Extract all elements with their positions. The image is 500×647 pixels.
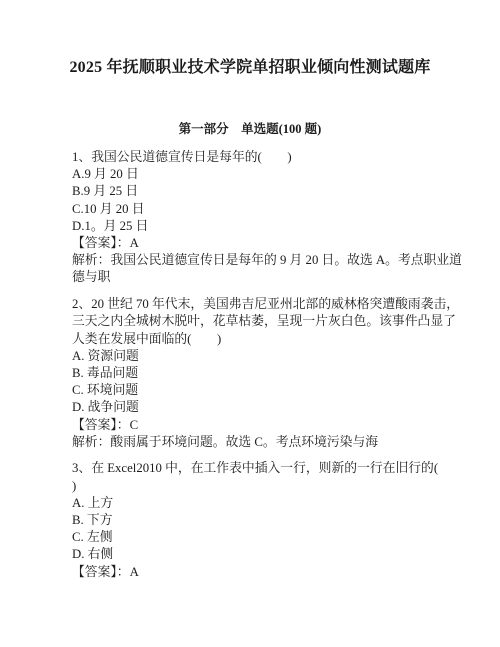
question-1-answer: 【答案】：A	[72, 235, 438, 252]
question-1-stem: 1、我国公民道德宣传日是每年的( )	[72, 149, 438, 166]
question-3-option-b: B. 下方	[72, 512, 438, 529]
question-2-option-d: D. 战争问题	[72, 399, 438, 416]
question-1-analysis-line-1: 解析：我国公民道德宣传日是每年的 9 月 20 日。故选 A。考点职业道	[72, 252, 438, 269]
section-heading: 第一部分 单选题(100 题)	[0, 119, 500, 137]
document-title: 2025 年抚顺职业技术学院单招职业倾向性测试题库	[0, 0, 500, 77]
question-2-option-a: A. 资源问题	[72, 348, 438, 365]
question-2-stem-line-1: 2、20 世纪 70 年代末，美国弗吉尼亚州北部的威林格突遭酸雨袭击，	[72, 296, 438, 313]
question-3-answer: 【答案】：A	[72, 564, 438, 581]
question-3-option-d: D. 右侧	[72, 546, 438, 563]
question-3-option-c: C. 左侧	[72, 529, 438, 546]
question-1-analysis-line-2: 德与职	[72, 269, 438, 286]
question-1-option-c: C.10 月 20 日	[72, 201, 438, 218]
question-1-option-d: D.1。月 25 日	[72, 218, 438, 235]
question-3-stem-line-2: )	[72, 478, 438, 495]
question-2-option-b: B. 毒品问题	[72, 365, 438, 382]
document-body: 1、我国公民道德宣传日是每年的( ) A.9 月 20 日 B.9 月 25 日…	[0, 149, 500, 581]
question-2-stem-line-3: 人类在发展中面临的( )	[72, 331, 438, 348]
question-3: 3、在 Excel2010 中，在工作表中插入一行，则新的一行在旧行的( ) A…	[72, 460, 438, 580]
question-2-answer: 【答案】：C	[72, 417, 438, 434]
question-2-analysis-line-1: 解析：酸雨属于环境问题。故选 C。考点环境污染与海	[72, 434, 438, 451]
question-2-stem-line-2: 三天之内全城树木脱叶，花草枯萎，呈现一片灰白色。该事件凸显了	[72, 313, 438, 330]
question-3-option-a: A. 上方	[72, 495, 438, 512]
document-page: 2025 年抚顺职业技术学院单招职业倾向性测试题库 第一部分 单选题(100 题…	[0, 0, 500, 647]
question-1: 1、我国公民道德宣传日是每年的( ) A.9 月 20 日 B.9 月 25 日…	[72, 149, 438, 287]
question-3-stem-line-1: 3、在 Excel2010 中，在工作表中插入一行，则新的一行在旧行的(	[72, 460, 438, 477]
question-2: 2、20 世纪 70 年代末，美国弗吉尼亚州北部的威林格突遭酸雨袭击， 三天之内…	[72, 296, 438, 451]
question-1-option-a: A.9 月 20 日	[72, 166, 438, 183]
question-2-option-c: C. 环境问题	[72, 382, 438, 399]
question-1-option-b: B.9 月 25 日	[72, 183, 438, 200]
